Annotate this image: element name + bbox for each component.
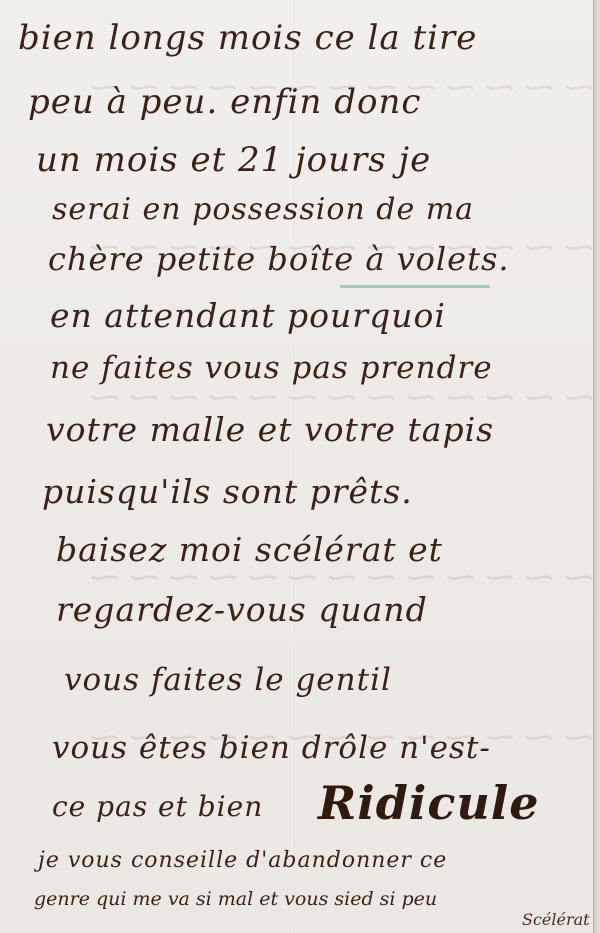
letter-page: ⁓ ⁓ ⁓ ⁓ ⁓ ⁓ ⁓ ⁓ ⁓ ⁓ ⁓ ⁓ ⁓ ⁓ ⁓ ⁓ ⁓ ⁓ ⁓ ⁓ …	[0, 0, 594, 933]
letter-line-3: un mois et 21 jours je	[36, 140, 431, 180]
letter-line-13: vous êtes bien drôle n'est-	[52, 730, 491, 766]
letter-line-14: ce pas et bien	[52, 790, 263, 823]
letter-line-6: en attendant pourquoi	[50, 296, 446, 335]
letter-line-9: puisqu'ils sont prêts.	[42, 472, 413, 511]
signature: Ridicule	[318, 776, 540, 830]
green-ink-mark	[340, 285, 490, 288]
letter-line-12: vous faites le gentil	[64, 662, 392, 698]
postscript-line-2: genre qui me va si mal et vous sied si p…	[34, 888, 437, 910]
letter-line-7: ne faites vous pas prendre	[50, 350, 493, 386]
letter-line-1: bien longs mois ce la tire	[18, 18, 477, 58]
letter-line-5: chère petite boîte à volets.	[48, 240, 510, 278]
postscript-line-1: je vous conseille d'abandonner ce	[38, 848, 447, 873]
letter-line-4: serai en possession de ma	[52, 192, 474, 227]
letter-line-11: regardez-vous quand	[56, 590, 428, 629]
margin-note: Scélérat	[522, 910, 590, 929]
letter-line-2: peu à peu. enfin donc	[28, 82, 421, 122]
letter-line-8: votre malle et votre tapis	[46, 410, 494, 449]
letter-line-10: baisez moi scélérat et	[56, 530, 443, 569]
paper-edge	[593, 0, 600, 933]
